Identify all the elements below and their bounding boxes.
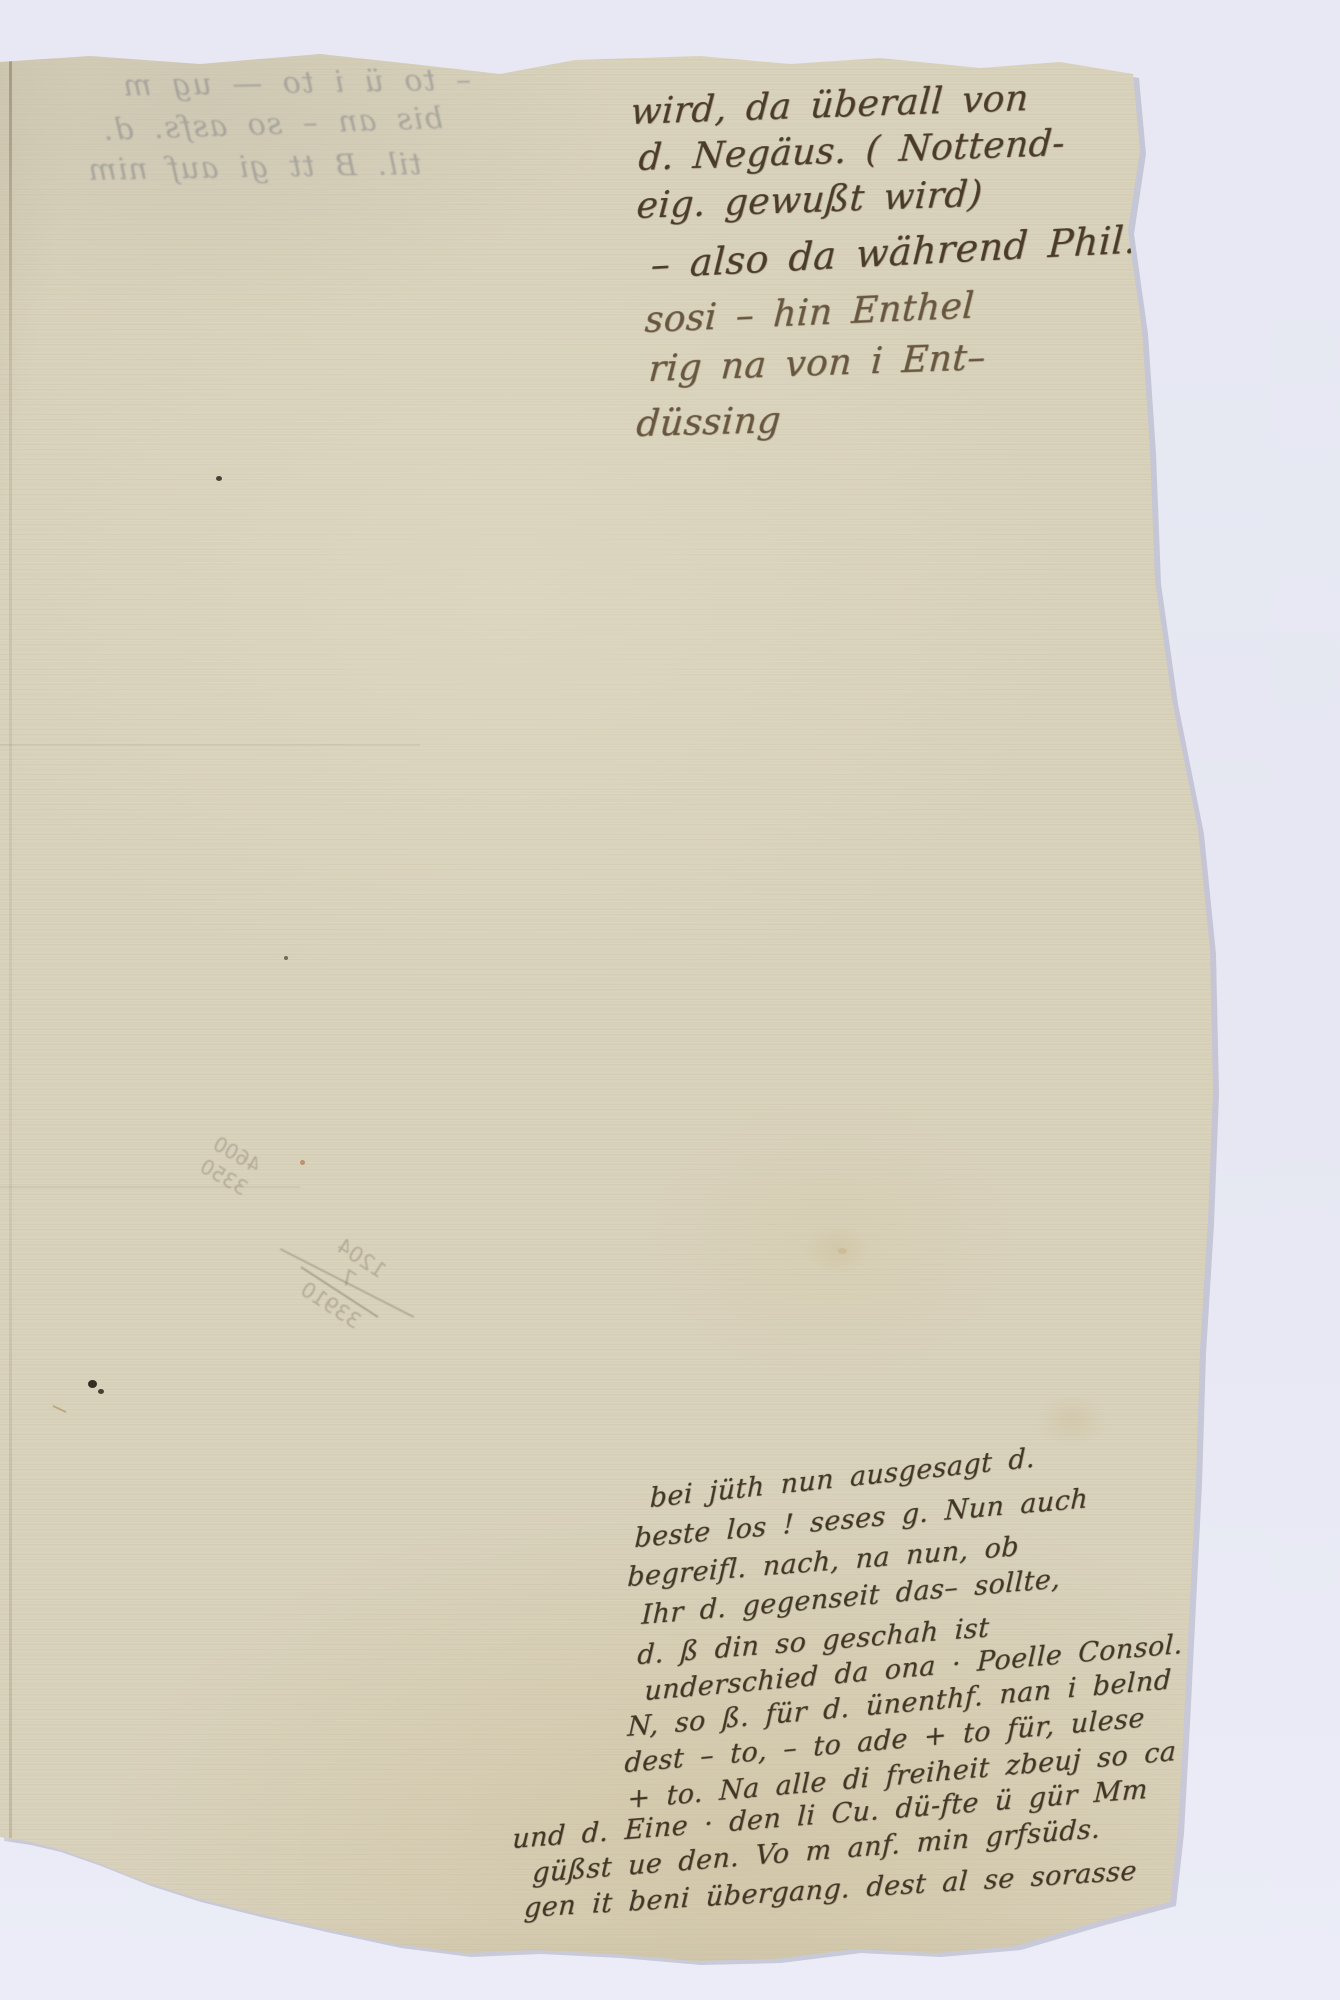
scan-background: – to ü i to — ug m bis an – so asfs. d. …: [0, 0, 1340, 2000]
page-number: 90: [1151, 89, 1195, 130]
handwriting-line: düssing: [635, 400, 783, 445]
ink-blot: [98, 1389, 104, 1394]
rust-spot: [300, 1160, 305, 1165]
handwriting-line: wird, da überall von: [629, 78, 1030, 133]
paper-fiber: [52, 1405, 66, 1413]
ink-blot: [88, 1380, 97, 1388]
left-fold-crease: [9, 60, 12, 1838]
horizontal-crease: [0, 744, 420, 746]
handwriting-line: eig. gewußt wird): [635, 174, 984, 227]
bleedthrough-line: til. B tt gi auf nim: [87, 147, 422, 188]
horizontal-crease: [0, 1186, 300, 1188]
stain-spot: [838, 1248, 847, 1254]
ink-speck: [284, 956, 288, 960]
handwriting-line: sosi – hin Enthel: [643, 286, 975, 342]
pencil-arithmetic-upper: 4600 3350: [195, 1131, 265, 1201]
handwriting-line: – also da während Phil. a-: [650, 215, 1194, 288]
bleedthrough-note: – to ü i to — ug m bis an – so asfs. d. …: [24, 54, 481, 227]
bleedthrough-line: – to ü i to — ug m: [122, 63, 471, 104]
handwriting-line: d. Negäus. ( Nottend-: [637, 123, 1066, 179]
ink-speck: [216, 476, 222, 481]
bleedthrough-line: bis an – so asfs. d.: [102, 101, 444, 148]
handwriting-line: rig na von i Ent–: [647, 337, 987, 390]
